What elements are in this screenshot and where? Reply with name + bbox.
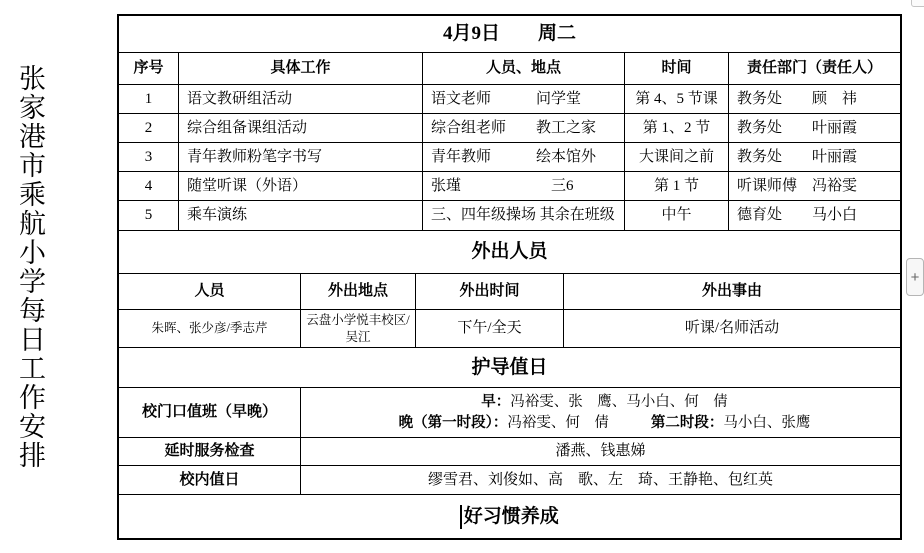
cell-no[interactable]: 4 [119, 172, 179, 200]
cell-department[interactable]: 教务处 叶丽霞 [729, 143, 900, 171]
outing-time-text: 下午/全天 [457, 319, 521, 338]
cell-personnel[interactable]: 青年教师 绘本馆外 [423, 143, 625, 171]
cell-time-text: 第 4、5 节课 [635, 90, 718, 109]
outing-header-place[interactable]: 外出地点 [301, 274, 416, 309]
cell-work[interactable]: 综合组备课组活动 [179, 114, 423, 142]
table-row: 1 语文教研组活动 语文老师 问学堂 第 4、5 节课 教务处 顾 祎 [119, 85, 900, 114]
cell-personnel-text: 综合组老师 教工之家 [431, 119, 596, 138]
outing-cell-time[interactable]: 下午/全天 [416, 310, 564, 347]
cell-time[interactable]: 第 4、5 节课 [625, 85, 729, 113]
duty-gate-line2-value1: 冯裕雯、何 倩 [507, 415, 609, 431]
table-row: 5 乘车演练 三、四年级操场 其余在班级 中午 德育处 马小白 [119, 201, 900, 231]
cell-no[interactable]: 2 [119, 114, 179, 142]
cell-personnel-text: 张瑾 三6 [431, 177, 574, 196]
cell-personnel-text: 三、四年级操场 其余在班级 [431, 206, 615, 225]
cell-personnel-text: 语文老师 问学堂 [431, 90, 581, 109]
header-work-label: 具体工作 [270, 59, 330, 78]
cell-no-text: 3 [145, 148, 153, 167]
cell-no-text: 4 [145, 177, 153, 196]
cell-time[interactable]: 第 1、2 节 [625, 114, 729, 142]
outing-place-text: 云盘小学悦丰校区/吴江 [301, 312, 415, 346]
outing-row: 朱晖、张少彦/季志芹 云盘小学悦丰校区/吴江 下午/全天 听课/名师活动 [119, 310, 900, 348]
outing-header-time-label: 外出时间 [459, 282, 519, 301]
duty-delay-row: 延时服务检查 潘燕、钱惠娣 [119, 438, 900, 466]
cell-no[interactable]: 3 [119, 143, 179, 171]
header-work[interactable]: 具体工作 [179, 53, 423, 84]
header-time-label: 时间 [661, 59, 691, 78]
school-vertical-title: 张家港市乘航小学每日工作安排 [14, 64, 45, 494]
document-page: 张家港市乘航小学每日工作安排 4月9日 周二 序号 具体工作 人员、地点 时间 … [0, 0, 924, 553]
outing-header-reason[interactable]: 外出事由 [564, 274, 900, 309]
header-department[interactable]: 责任部门（责任人） [729, 53, 900, 84]
cell-work-text: 青年教师粉笔字书写 [187, 148, 322, 167]
outing-header-place-label: 外出地点 [328, 282, 388, 301]
cell-department-text: 教务处 叶丽霞 [737, 119, 857, 138]
cell-personnel-text: 青年教师 绘本馆外 [431, 148, 596, 167]
outing-cell-place[interactable]: 云盘小学悦丰校区/吴江 [301, 310, 416, 347]
cell-department-text: 教务处 叶丽霞 [737, 148, 857, 167]
header-time[interactable]: 时间 [625, 53, 729, 84]
table-row: 2 综合组备课组活动 综合组老师 教工之家 第 1、2 节 教务处 叶丽霞 [119, 114, 900, 143]
cell-department-text: 教务处 顾 祎 [737, 90, 857, 109]
cell-work[interactable]: 乘车演练 [179, 201, 423, 230]
outing-section-title: 外出人员 [471, 240, 547, 264]
duty-section-title-cell[interactable]: 护导值日 [119, 348, 900, 387]
outing-header-person[interactable]: 人员 [119, 274, 301, 309]
duty-gate-label-cell[interactable]: 校门口值班（早晚） [119, 388, 301, 437]
duty-gate-line2-value2: 马小白、张鹰 [723, 415, 810, 431]
cell-department-text: 听课师傅 冯裕雯 [737, 177, 857, 196]
duty-gate-line1-value: 冯裕雯、张 鹰、马小白、何 倩 [510, 394, 728, 410]
daily-schedule-table: 4月9日 周二 序号 具体工作 人员、地点 时间 责任部门（责任人） 1 语文教… [117, 14, 902, 540]
duty-delay-label: 延时服务检查 [164, 442, 254, 461]
habit-title: 好习惯养成 [464, 505, 559, 529]
cell-time-text: 第 1、2 节 [643, 119, 711, 138]
text-caret [460, 505, 462, 529]
duty-gate-line2-key1: 晚（第一时段）： [399, 415, 508, 431]
cell-work[interactable]: 随堂听课（外语） [179, 172, 423, 200]
scroll-corner-fragment [911, 0, 924, 7]
duty-campus-row: 校内值日 缪雪君、刘俊如、高 歌、左 琦、王静艳、包红英 [119, 466, 900, 495]
duty-gate-line2: 晚（第一时段）：冯裕雯、何 倩第二时段：马小白、张鹰 [399, 413, 811, 434]
duty-gate-line1: 早：冯裕雯、张 鹰、马小白、何 倩 [481, 392, 728, 413]
duty-gate-line1-key: 早： [481, 394, 510, 410]
table-row: 3 青年教师粉笔字书写 青年教师 绘本馆外 大课间之前 教务处 叶丽霞 [119, 143, 900, 172]
cell-no-text: 2 [145, 119, 153, 138]
outing-cell-person[interactable]: 朱晖、张少彦/季志芹 [119, 310, 301, 347]
cell-time-text: 中午 [661, 206, 691, 225]
cell-work[interactable]: 青年教师粉笔字书写 [179, 143, 423, 171]
date-title: 4月9日 周二 [443, 22, 576, 46]
plus-icon: + [911, 269, 920, 286]
cell-no-text: 5 [145, 206, 153, 225]
cell-time-text: 第 1 节 [654, 177, 699, 196]
outing-header-person-label: 人员 [194, 282, 224, 301]
cell-department-text: 德育处 马小白 [737, 206, 857, 225]
table-row: 4 随堂听课（外语） 张瑾 三6 第 1 节 听课师傅 冯裕雯 [119, 172, 900, 201]
duty-delay-value: 潘燕、钱惠娣 [555, 442, 645, 461]
cell-no[interactable]: 5 [119, 201, 179, 230]
outing-person-text: 朱晖、张少彦/季志芹 [152, 320, 268, 337]
duty-campus-label-cell[interactable]: 校内值日 [119, 466, 301, 494]
outing-reason-text: 听课/名师活动 [685, 319, 779, 338]
outing-section-title-cell[interactable]: 外出人员 [119, 231, 900, 273]
cell-personnel[interactable]: 语文老师 问学堂 [423, 85, 625, 113]
cell-time[interactable]: 中午 [625, 201, 729, 230]
cell-personnel[interactable]: 张瑾 三6 [423, 172, 625, 200]
duty-section-title: 护导值日 [471, 356, 547, 380]
duty-delay-label-cell[interactable]: 延时服务检查 [119, 438, 301, 465]
cell-department[interactable]: 听课师傅 冯裕雯 [729, 172, 900, 200]
cell-no[interactable]: 1 [119, 85, 179, 113]
duty-gate-row: 校门口值班（早晚） 早：冯裕雯、张 鹰、马小白、何 倩 晚（第一时段）：冯裕雯、… [119, 388, 900, 438]
cell-work-text: 乘车演练 [187, 206, 247, 225]
cell-department[interactable]: 教务处 顾 祎 [729, 85, 900, 113]
duty-campus-label: 校内值日 [179, 471, 239, 490]
habit-title-cell[interactable]: 好习惯养成 [119, 495, 900, 538]
cell-department[interactable]: 德育处 马小白 [729, 201, 900, 230]
header-personnel[interactable]: 人员、地点 [423, 53, 625, 84]
outing-header-time[interactable]: 外出时间 [416, 274, 564, 309]
outing-cell-reason[interactable]: 听课/名师活动 [564, 310, 900, 347]
duty-gate-line2-key2: 第二时段： [651, 415, 724, 431]
cell-work-text: 随堂听课（外语） [187, 177, 307, 196]
cell-work-text: 综合组备课组活动 [187, 119, 307, 138]
header-personnel-label: 人员、地点 [486, 59, 561, 78]
cell-work-text: 语文教研组活动 [187, 90, 292, 109]
date-title-cell[interactable]: 4月9日 周二 [119, 16, 900, 52]
cell-time[interactable]: 第 1 节 [625, 172, 729, 200]
cell-time[interactable]: 大课间之前 [625, 143, 729, 171]
cell-personnel[interactable]: 三、四年级操场 其余在班级 [423, 201, 625, 230]
outing-header-reason-label: 外出事由 [702, 282, 762, 301]
duty-campus-value: 缪雪君、刘俊如、高 歌、左 琦、王静艳、包红英 [428, 471, 773, 490]
cell-department[interactable]: 教务处 叶丽霞 [729, 114, 900, 142]
cell-no-text: 1 [145, 90, 153, 109]
cell-personnel[interactable]: 综合组老师 教工之家 [423, 114, 625, 142]
duty-gate-label: 校门口值班（早晚） [142, 403, 277, 422]
duty-delay-content-cell[interactable]: 潘燕、钱惠娣 [301, 438, 900, 465]
duty-gate-content-cell[interactable]: 早：冯裕雯、张 鹰、马小白、何 倩 晚（第一时段）：冯裕雯、何 倩第二时段：马小… [301, 388, 900, 437]
duty-campus-content-cell[interactable]: 缪雪君、刘俊如、高 歌、左 琦、王静艳、包红英 [301, 466, 900, 494]
header-department-label: 责任部门（责任人） [747, 59, 882, 78]
add-row-button[interactable]: + [906, 258, 924, 296]
header-no[interactable]: 序号 [119, 53, 179, 84]
header-no-label: 序号 [133, 59, 163, 78]
cell-work[interactable]: 语文教研组活动 [179, 85, 423, 113]
cell-time-text: 大课间之前 [639, 148, 714, 167]
